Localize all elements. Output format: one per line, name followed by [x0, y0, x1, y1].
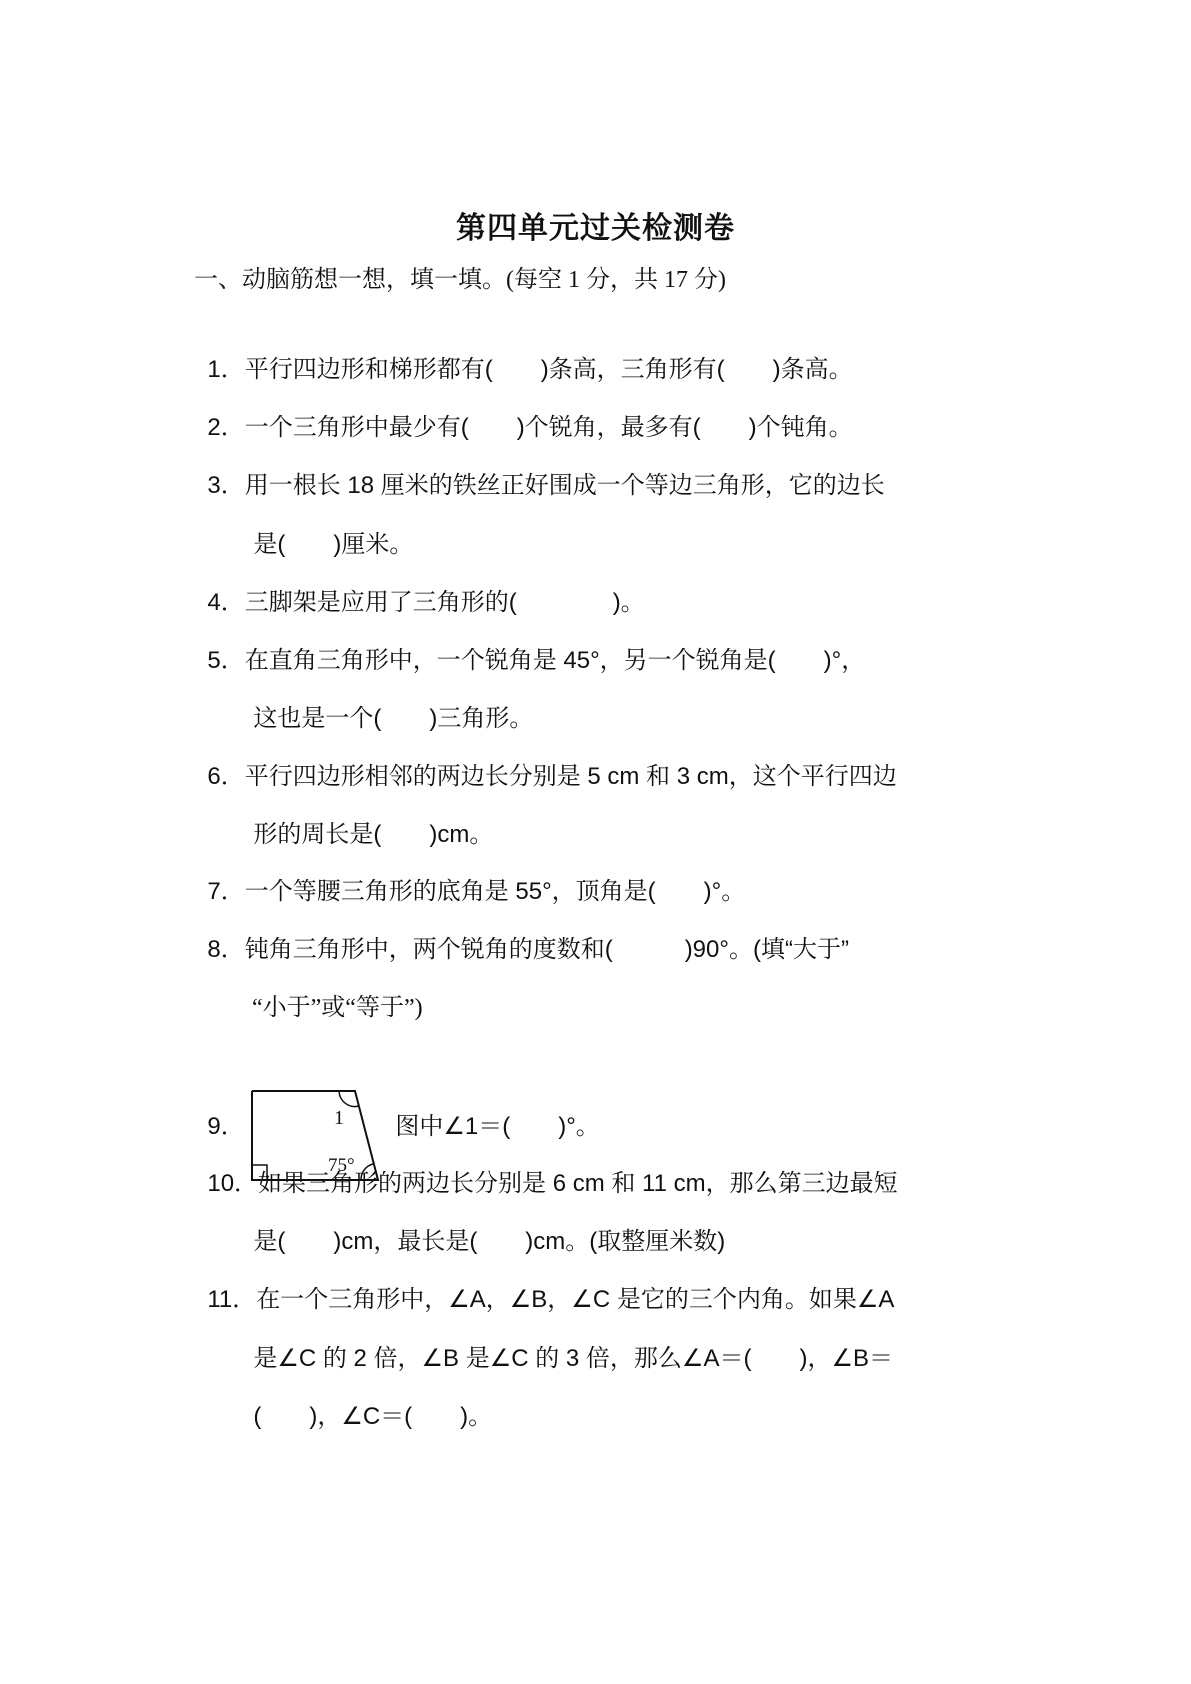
question-text: 三脚架是应用了三角形的( )。: [245, 589, 645, 616]
question-1: 1．平行四边形和梯形都有( )条高，三角形有( )条高。: [194, 322, 853, 386]
question-9-number: 9．: [194, 1079, 245, 1143]
page-title: 第四单元过关检测卷: [0, 203, 1191, 247]
question-5-continued: 这也是一个( )三角形。: [240, 671, 533, 735]
question-7: 7．一个等腰三角形的底角是 55°，顶角是( )°。: [194, 844, 745, 908]
question-text: 这也是一个( )三角形。: [253, 705, 533, 732]
question-9: 图中∠1＝( )°。: [382, 1079, 600, 1143]
question-6: 6．平行四边形相邻的两边长分别是 5 cm 和 3 cm，这个平行四边: [194, 729, 897, 793]
question-8-continued: “小于”或“等于”): [240, 960, 423, 1024]
question-text: 如果三角形的两边长分别是 6 cm 和 11 cm，那么第三边最短: [258, 1170, 898, 1197]
question-3-continued: 是( )厘米。: [240, 497, 413, 561]
question-10: 10．如果三角形的两边长分别是 6 cm 和 11 cm，那么第三边最短: [194, 1136, 898, 1200]
question-text: 一个等腰三角形的底角是 55°，顶角是( )°。: [245, 878, 746, 905]
question-2: 2．一个三角形中最少有( )个锐角，最多有( )个钝角。: [194, 380, 853, 444]
question-text: 是( )cm，最长是( )cm。(取整厘米数): [253, 1228, 725, 1255]
question-8: 8．钝角三角形中，两个锐角的度数和( )90°。(填“大于”: [194, 902, 849, 966]
question-11-continued: 是∠C 的 2 倍，∠B 是∠C 的 3 倍，那么∠A＝( )，∠B＝: [240, 1311, 893, 1375]
question-10-continued: 是( )cm，最长是( )cm。(取整厘米数): [240, 1194, 725, 1258]
question-text: 是∠C 的 2 倍，∠B 是∠C 的 3 倍，那么∠A＝( )，∠B＝: [253, 1345, 893, 1372]
question-text: 在直角三角形中，一个锐角是 45°，另一个锐角是( )°，: [245, 647, 866, 674]
question-5: 5．在直角三角形中，一个锐角是 45°，另一个锐角是( )°，: [194, 613, 865, 677]
question-11: 11．在一个三角形中，∠A，∠B，∠C 是它的三个内角。如果∠A: [194, 1252, 894, 1316]
question-11-continued-2: ( )，∠C＝( )。: [240, 1369, 492, 1433]
question-text: 平行四边形相邻的两边长分别是 5 cm 和 3 cm，这个平行四边: [245, 763, 897, 790]
question-text: 是( )厘米。: [253, 531, 413, 558]
question-text: 平行四边形和梯形都有( )条高，三角形有( )条高。: [245, 356, 853, 383]
question-text: “小于”或“等于”): [252, 995, 423, 1021]
question-text: 用一根长 18 厘米的铁丝正好围成一个等边三角形，它的边长: [245, 472, 885, 499]
question-text: 一个三角形中最少有( )个锐角，最多有( )个钝角。: [245, 414, 853, 441]
question-text: 在一个三角形中，∠A，∠B，∠C 是它的三个内角。如果∠A: [256, 1286, 894, 1313]
question-3: 3．用一根长 18 厘米的铁丝正好围成一个等边三角形，它的边长: [194, 438, 885, 502]
question-text: 钝角三角形中，两个锐角的度数和( )90°。(填“大于”: [245, 936, 849, 963]
section-heading: 一、动脑筋想一想，填一填。(每空 1 分，共 17 分): [194, 264, 726, 296]
question-6-continued: 形的周长是( )cm。: [240, 787, 493, 851]
question-4: 4．三脚架是应用了三角形的( )。: [194, 555, 645, 619]
question-text: ( )，∠C＝( )。: [253, 1403, 492, 1430]
angle-1-label: 1: [334, 1107, 344, 1129]
